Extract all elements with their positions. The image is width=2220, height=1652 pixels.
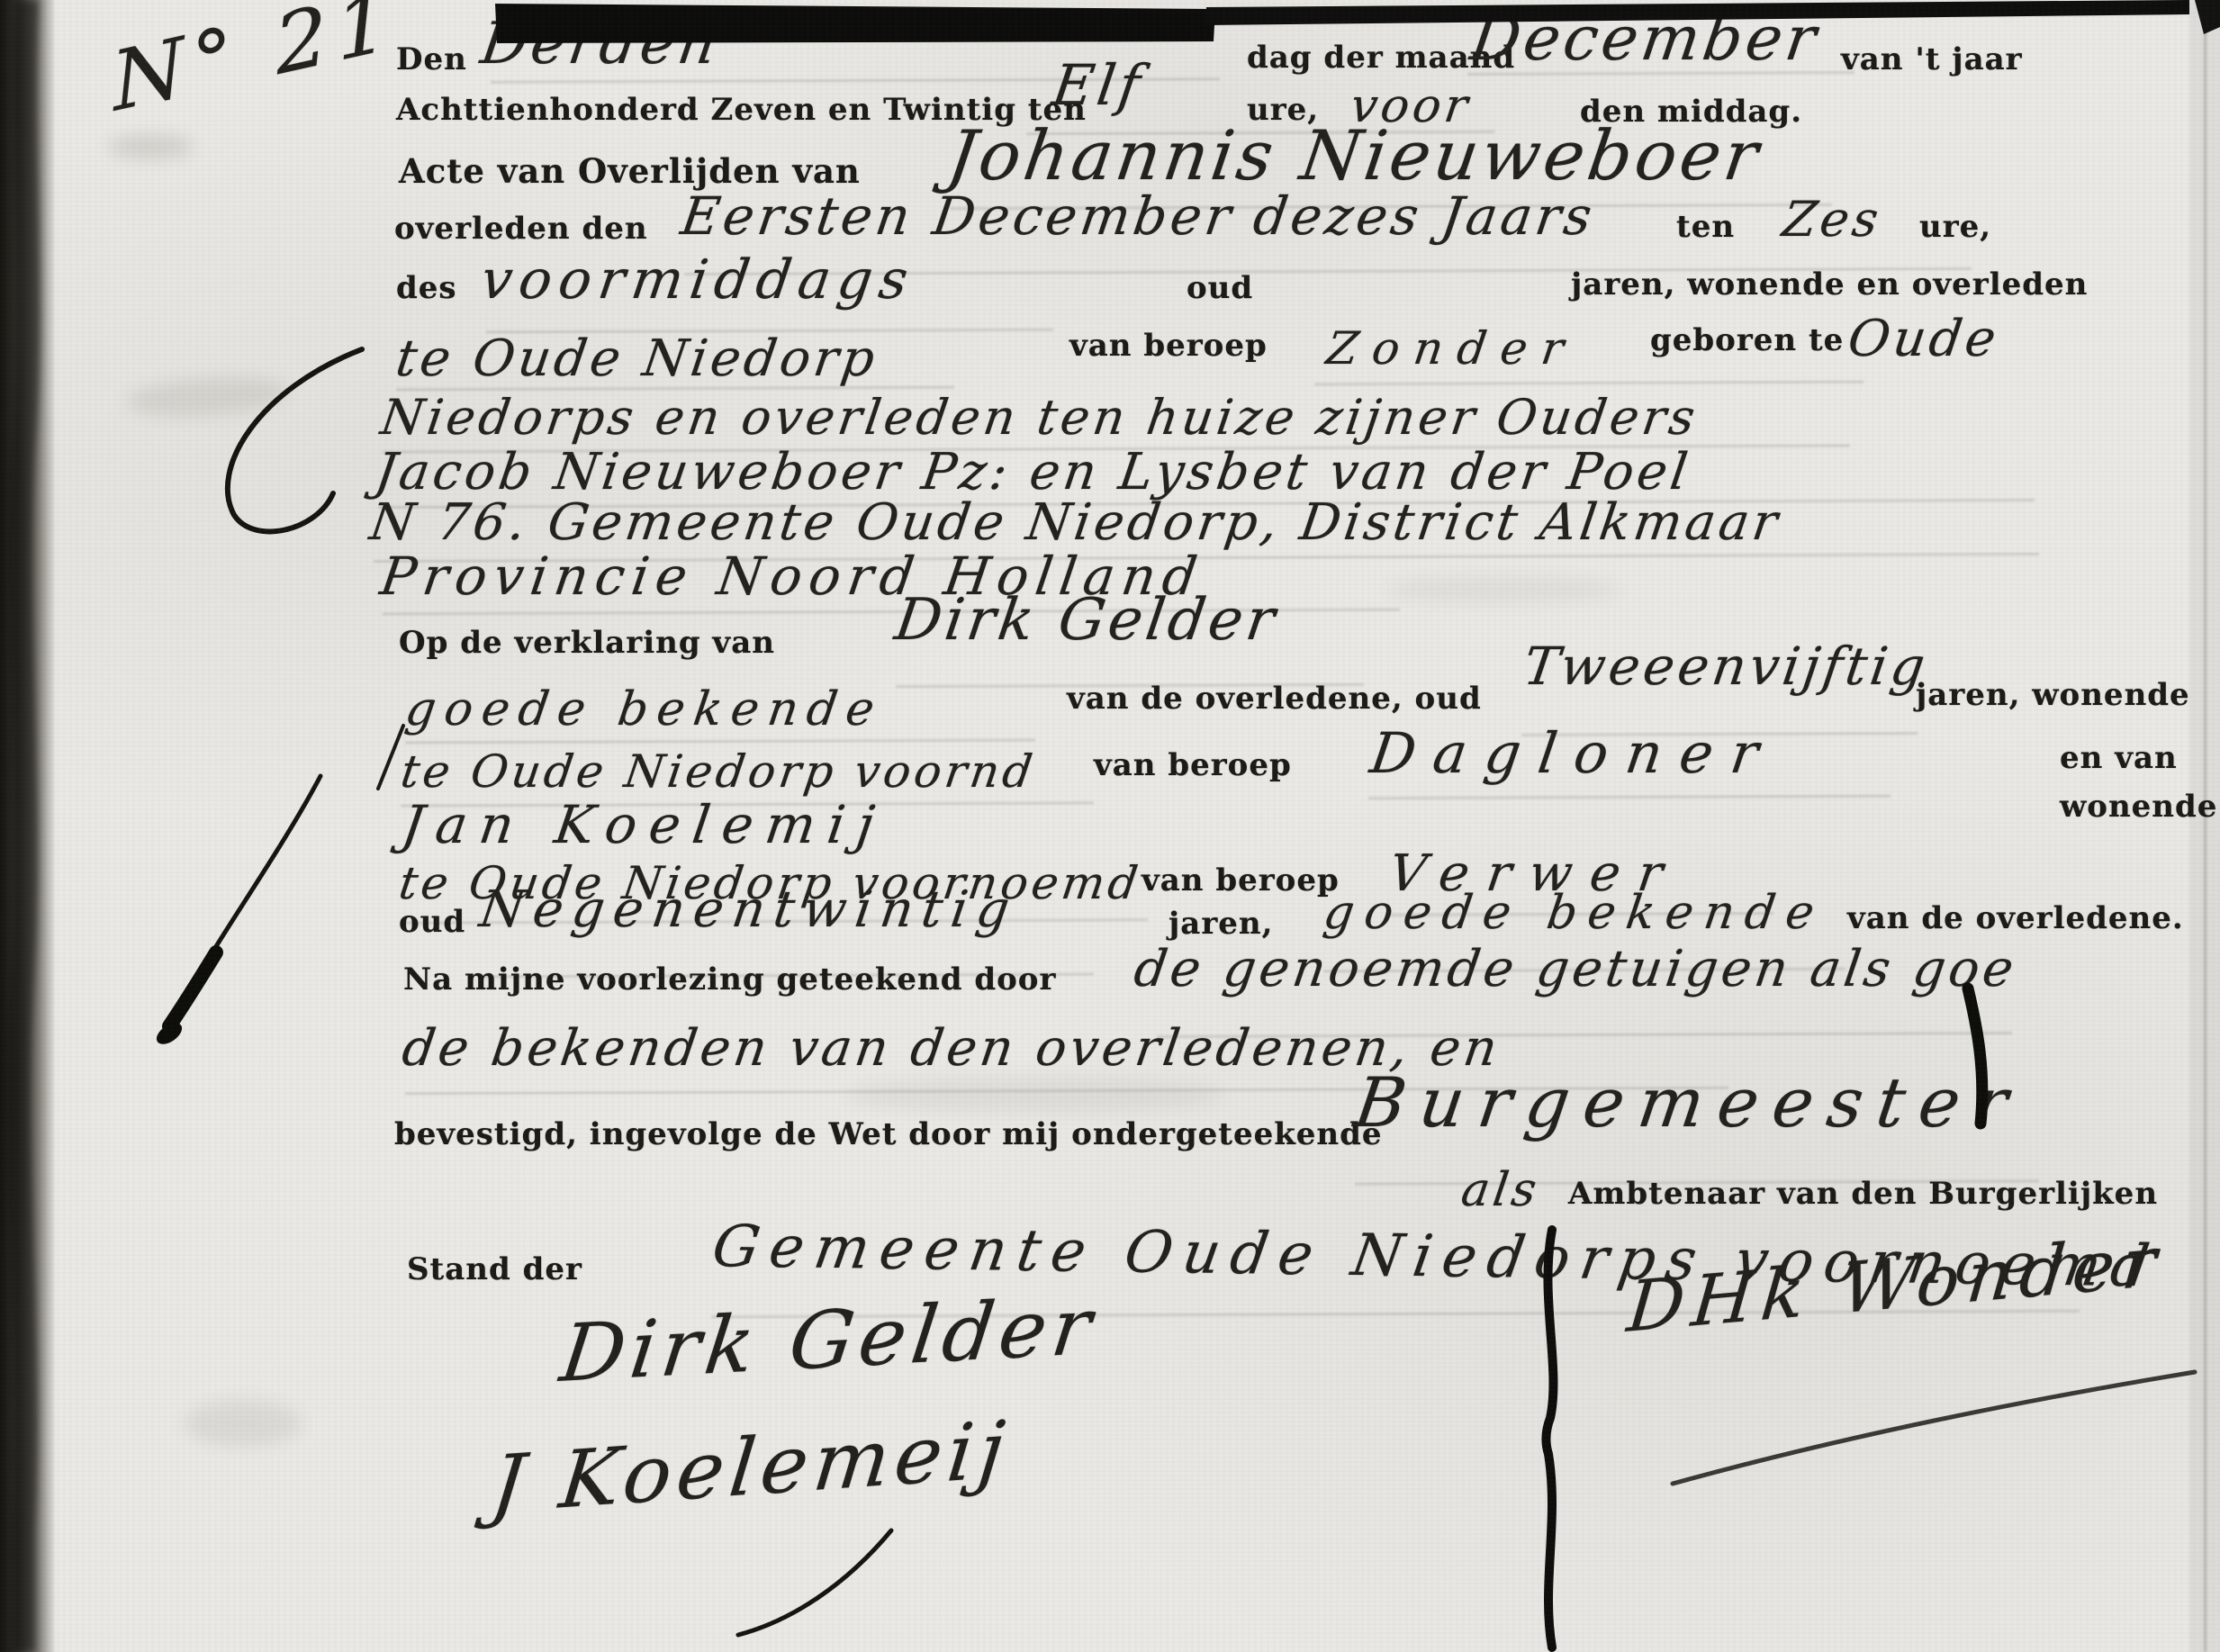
- death-certificate-scan: N° 21 Den Derden dag der maand December …: [0, 0, 2220, 1652]
- printed-label-van-t-jaar: van 't jaar: [1841, 41, 2023, 77]
- printed-van-de-overledene: van de overledene.: [1847, 900, 2184, 936]
- printed-label-van-beroep-3: van beroep: [1142, 862, 1340, 898]
- printed-label-en-van: en van: [2060, 740, 2178, 776]
- written-signed-by-part2: de bekenden van den overledenen, en: [399, 1019, 1504, 1078]
- written-witness1-residence: te Oude Niedorp voornd: [398, 745, 1039, 798]
- left-paraph-thick-tail: [169, 952, 216, 1026]
- printed-label-wonende: wonende: [2060, 789, 2217, 825]
- written-als: als: [1458, 1163, 1544, 1217]
- ruled-line: [405, 738, 1035, 744]
- printed-label-oud: oud: [1187, 270, 1253, 306]
- written-witness1-age: Tweeenvijftig: [1520, 636, 1932, 697]
- ink-bleed-smudge: [185, 1400, 302, 1447]
- signature-brace: [1546, 1230, 1553, 1647]
- written-signed-by-part1: de genoemde getuigen als goe: [1131, 940, 2021, 998]
- printed-label-van-beroep-2: van beroep: [1094, 747, 1292, 783]
- written-deceased-occupation: Zonder: [1323, 322, 1582, 375]
- written-birthplace-start: Oude: [1845, 310, 2003, 368]
- printed-label-ten: ten: [1676, 209, 1735, 245]
- written-witness1-relation: goede bekende: [402, 682, 887, 736]
- written-witness1-name: Dirk Gelder: [891, 587, 1283, 654]
- written-entry-hour: Elf: [1049, 52, 1148, 118]
- ruled-line: [1314, 381, 1864, 386]
- written-death-daypart: voormiddags: [477, 248, 919, 311]
- ink-bleed-smudge: [125, 373, 289, 421]
- printed-label-den: Den: [396, 41, 467, 77]
- binding-edge: [0, 0, 56, 1652]
- printed-jaren-wonende: jaren, wonende: [1916, 677, 2190, 713]
- written-witness2-age: Negenentwintig: [476, 880, 1022, 939]
- written-witness2-relation: goede bekende: [1321, 886, 1828, 940]
- ink-bleed-smudge: [1386, 576, 1620, 603]
- left-paraph-ink-blob: [153, 1018, 186, 1048]
- printed-ambtenaar-burgerlijken: Ambtenaar van den Burgerlijken: [1568, 1176, 2158, 1212]
- ruled-line: [1368, 795, 1891, 800]
- written-deceased-residence: te Oude Niedorp: [393, 329, 882, 388]
- printed-label-ure2: ure,: [1919, 209, 1991, 245]
- signature-witness1: Dirk Gelder: [555, 1279, 1101, 1400]
- ink-bleed-smudge: [846, 1077, 1224, 1113]
- printed-bevestigd-ingevolge: bevestigd, ingevolge de Wet door mij ond…: [394, 1116, 1383, 1152]
- written-witness2-name-body: Jan Koelemij: [398, 794, 890, 855]
- written-witness1-occupation: Dagloner: [1367, 720, 1781, 786]
- ink-bleed-smudge: [108, 135, 194, 158]
- printed-label-van-beroep-1: van beroep: [1069, 328, 1268, 364]
- written-deceased-name: Johannis Nieuweboer: [943, 115, 1766, 195]
- page-right-edge-line: [2204, 0, 2206, 1652]
- printed-label-geboren-te: geboren te: [1650, 322, 1844, 358]
- printed-label-overleden-den: overleden den: [394, 211, 648, 247]
- left-paraph-flourish-upper: [228, 349, 362, 531]
- printed-na-mijne-voorlezing: Na mijne voorlezing geteekend door: [403, 961, 1056, 998]
- written-death-hour: Zes: [1779, 191, 1885, 248]
- ink-and-artifact-overlay: [0, 0, 2220, 1652]
- written-entry-day: Derden: [477, 11, 724, 77]
- written-official-title: Burgemeester: [1349, 1062, 2026, 1142]
- printed-jaren-wonende-overleden: jaren, wonende en overleden: [1571, 266, 2088, 302]
- written-house-number-gemeente: N 76. Gemeente Oude Niedorp, District Al…: [366, 493, 1784, 552]
- written-birthplace-continued: Niedorps en overleden ten huize zijner O…: [377, 389, 1701, 446]
- printed-stand-der: Stand der: [407, 1251, 582, 1287]
- printed-van-de-overledene-oud: van de overledene, oud: [1067, 681, 1482, 717]
- printed-op-de-verklaring-van: Op de verklaring van: [399, 625, 775, 661]
- printed-label-jaren: jaren,: [1169, 906, 1273, 942]
- written-death-date: Eersten December dezes Jaars: [677, 185, 1599, 247]
- written-entry-month: December: [1466, 4, 1824, 75]
- signature-descender-flourish: [738, 1530, 891, 1635]
- printed-label-des: des: [396, 270, 457, 306]
- left-paraph-flourish-lower: [167, 776, 320, 1028]
- printed-label-oud-2: oud: [399, 904, 465, 940]
- signature-witness2: J Koelemeij: [487, 1403, 1014, 1530]
- signature-underline-flourish: [1673, 1372, 2195, 1484]
- margin-act-number: N° 21: [108, 0, 400, 130]
